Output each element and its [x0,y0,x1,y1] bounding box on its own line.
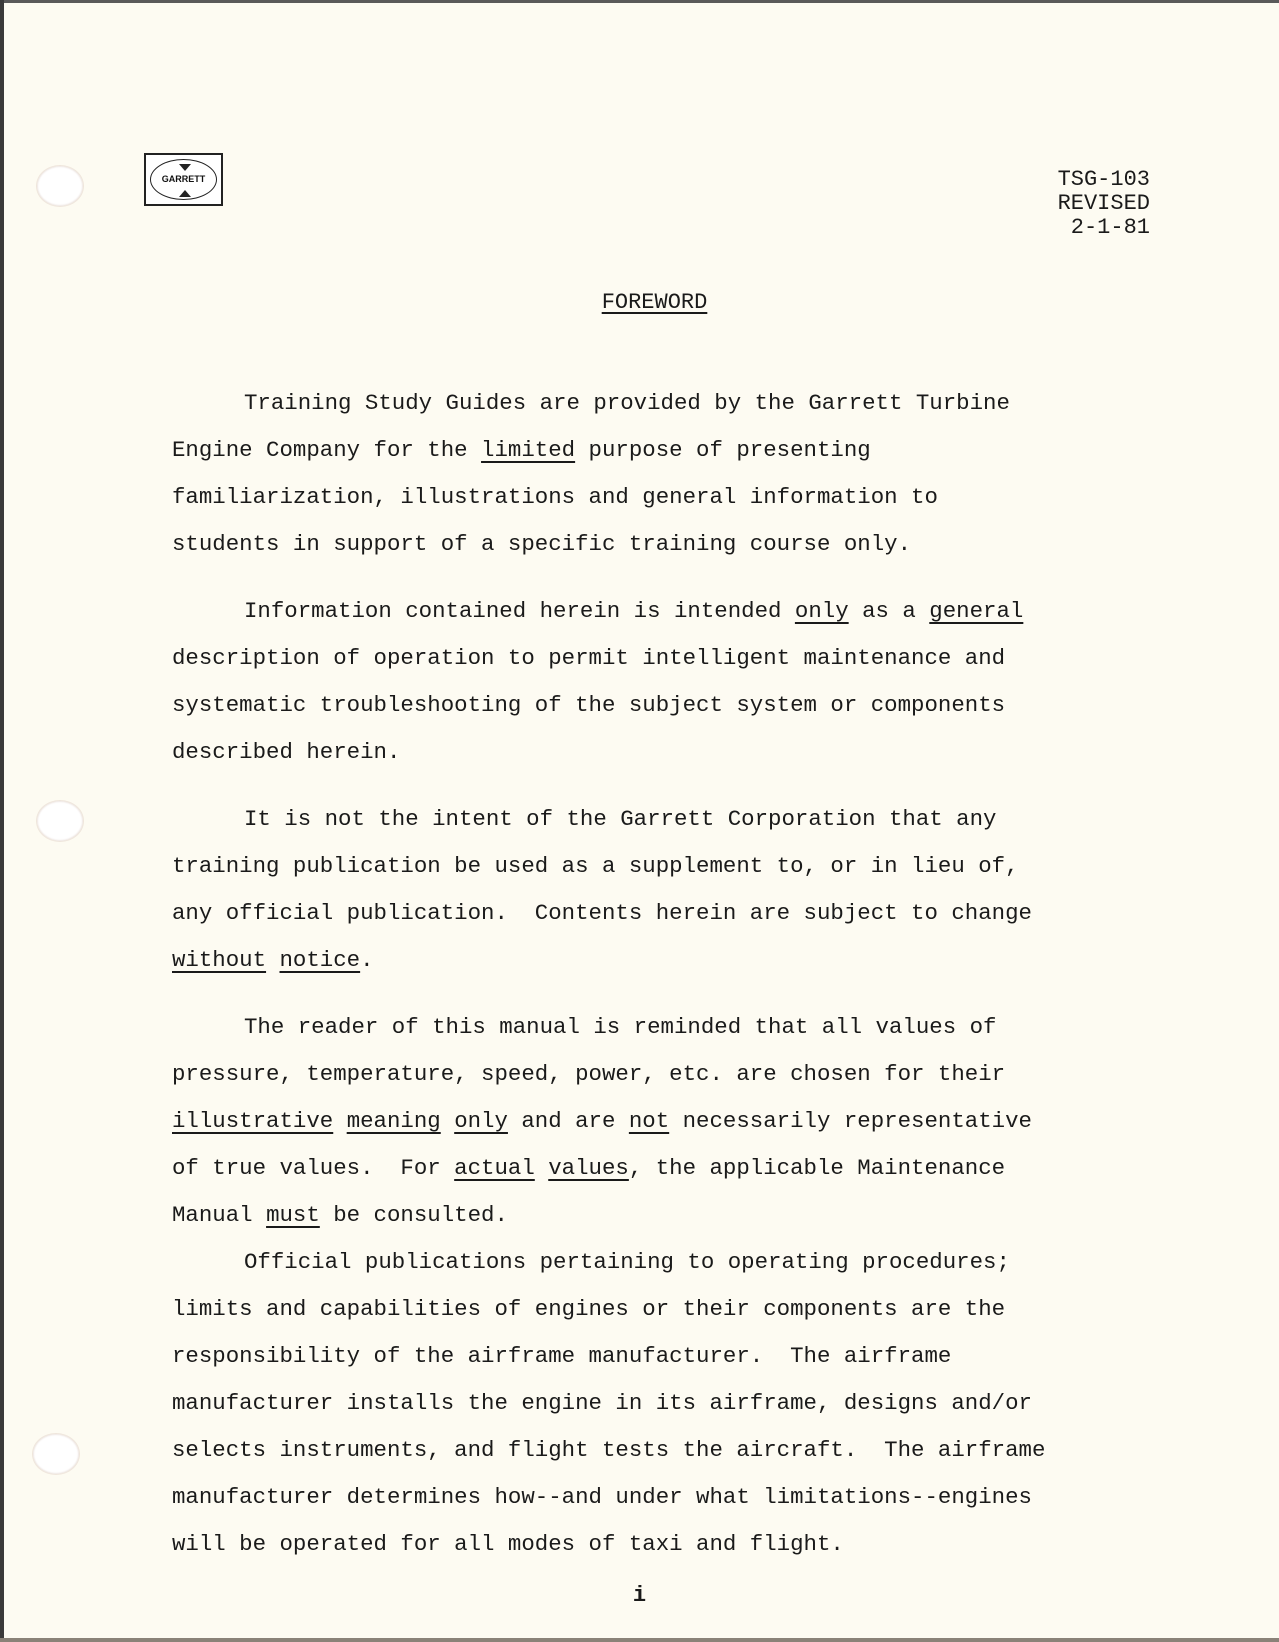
underlined-text: only [454,1108,508,1134]
text-line: students in support of a specific traini… [172,521,1172,568]
text-segment: of true values. For [172,1155,454,1181]
text-line: familiarization, illustrations and gener… [172,474,1172,521]
page-edge-left [0,0,4,1642]
underlined-text: actual [454,1155,535,1181]
underlined-text: illustrative [172,1108,333,1134]
triangle-up-icon [179,190,191,197]
text-line: description of operation to permit intel… [172,635,1172,682]
page-title: FOREWORD [0,290,1279,315]
text-segment [266,947,279,973]
text-line: Information contained herein is intended… [172,588,1172,635]
text-segment: pressure, temperature, speed, power, etc… [172,1061,1005,1087]
text-segment: be consulted. [320,1202,508,1228]
text-line: manufacturer installs the engine in its … [172,1380,1172,1427]
text-line: will be operated for all modes of taxi a… [172,1521,1172,1568]
paragraph-gap [172,984,1172,1004]
text-segment: It is not the intent of the Garrett Corp… [244,806,996,832]
underlined-text: not [629,1108,669,1134]
text-line: illustrative meaning only and are not ne… [172,1098,1172,1145]
text-line: Training Study Guides are provided by th… [172,380,1172,427]
text-line: Engine Company for the limited purpose o… [172,427,1172,474]
page-number: i [0,1583,1279,1608]
text-segment: will be operated for all modes of taxi a… [172,1531,844,1557]
text-segment: Official publications pertaining to oper… [244,1249,1010,1275]
text-line: responsibility of the airframe manufactu… [172,1333,1172,1380]
text-segment: description of operation to permit intel… [172,645,1005,671]
text-segment: selects instruments, and flight tests th… [172,1437,1045,1463]
text-segment: Training Study Guides are provided by th… [244,390,1010,416]
page-edge-bottom [0,1638,1279,1642]
text-segment: and are [508,1108,629,1134]
page-edge-top [0,0,1279,3]
paragraph-gap [172,568,1172,588]
text-segment [535,1155,548,1181]
paragraph: The reader of this manual is reminded th… [172,1004,1172,1239]
text-segment: manufacturer installs the engine in its … [172,1390,1032,1416]
text-segment: familiarization, illustrations and gener… [172,484,938,510]
document-info: TSG-103 REVISED 2-1-81 [1050,168,1150,240]
text-line: Manual must be consulted. [172,1192,1172,1239]
text-segment: purpose of presenting [575,437,871,463]
punch-hole-bottom [32,1433,80,1475]
text-segment: students in support of a specific traini… [172,531,911,557]
text-segment: described herein. [172,739,400,765]
paragraph-gap [172,776,1172,796]
text-segment: as a [849,598,930,624]
text-segment [441,1108,454,1134]
text-line: Official publications pertaining to oper… [172,1239,1172,1286]
logo-text: GARRETT [146,174,221,184]
underlined-text: meaning [347,1108,441,1134]
text-line: pressure, temperature, speed, power, etc… [172,1051,1172,1098]
revision-date: 2-1-81 [1050,216,1150,240]
text-segment: . [360,947,373,973]
text-line: training publication be used as a supple… [172,843,1172,890]
text-line: selects instruments, and flight tests th… [172,1427,1172,1474]
paragraph: Training Study Guides are provided by th… [172,380,1172,568]
text-segment: , the applicable Maintenance [629,1155,1005,1181]
revision-label: REVISED [1050,192,1150,216]
text-segment [333,1108,346,1134]
page-title-text: FOREWORD [602,290,708,315]
doc-number: TSG-103 [1050,168,1150,192]
underlined-text: limited [481,437,575,463]
text-segment: systematic troubleshooting of the subjec… [172,692,1005,718]
underlined-text: only [795,598,849,624]
text-segment: Engine Company for the [172,437,481,463]
underlined-text: notice [280,947,361,973]
text-line: limits and capabilities of engines or th… [172,1286,1172,1333]
text-line: of true values. For actual values, the a… [172,1145,1172,1192]
text-segment: limits and capabilities of engines or th… [172,1296,1005,1322]
text-line: described herein. [172,729,1172,776]
text-segment: The reader of this manual is reminded th… [244,1014,996,1040]
paragraph: Official publications pertaining to oper… [172,1239,1172,1568]
text-segment: necessarily representative [669,1108,1032,1134]
punch-hole-top [36,165,84,207]
garrett-logo: GARRETT [144,153,223,206]
text-segment: training publication be used as a supple… [172,853,1019,879]
paragraph: It is not the intent of the Garrett Corp… [172,796,1172,984]
underlined-text: general [929,598,1023,624]
text-segment: Manual [172,1202,266,1228]
text-line: manufacturer determines how--and under w… [172,1474,1172,1521]
underlined-text: must [266,1202,320,1228]
text-line: It is not the intent of the Garrett Corp… [172,796,1172,843]
text-line: any official publication. Contents herei… [172,890,1172,937]
paragraph: Information contained herein is intended… [172,588,1172,776]
underlined-text: without [172,947,266,973]
triangle-down-icon [179,164,191,171]
text-line: systematic troubleshooting of the subjec… [172,682,1172,729]
text-segment: responsibility of the airframe manufactu… [172,1343,951,1369]
foreword-body: Training Study Guides are provided by th… [172,380,1172,1568]
text-segment: manufacturer determines how--and under w… [172,1484,1032,1510]
text-segment: any official publication. Contents herei… [172,900,1032,926]
text-line: The reader of this manual is reminded th… [172,1004,1172,1051]
text-segment: Information contained herein is intended [244,598,795,624]
underlined-text: values [548,1155,629,1181]
text-line: without notice. [172,937,1172,984]
punch-hole-middle [36,800,84,842]
